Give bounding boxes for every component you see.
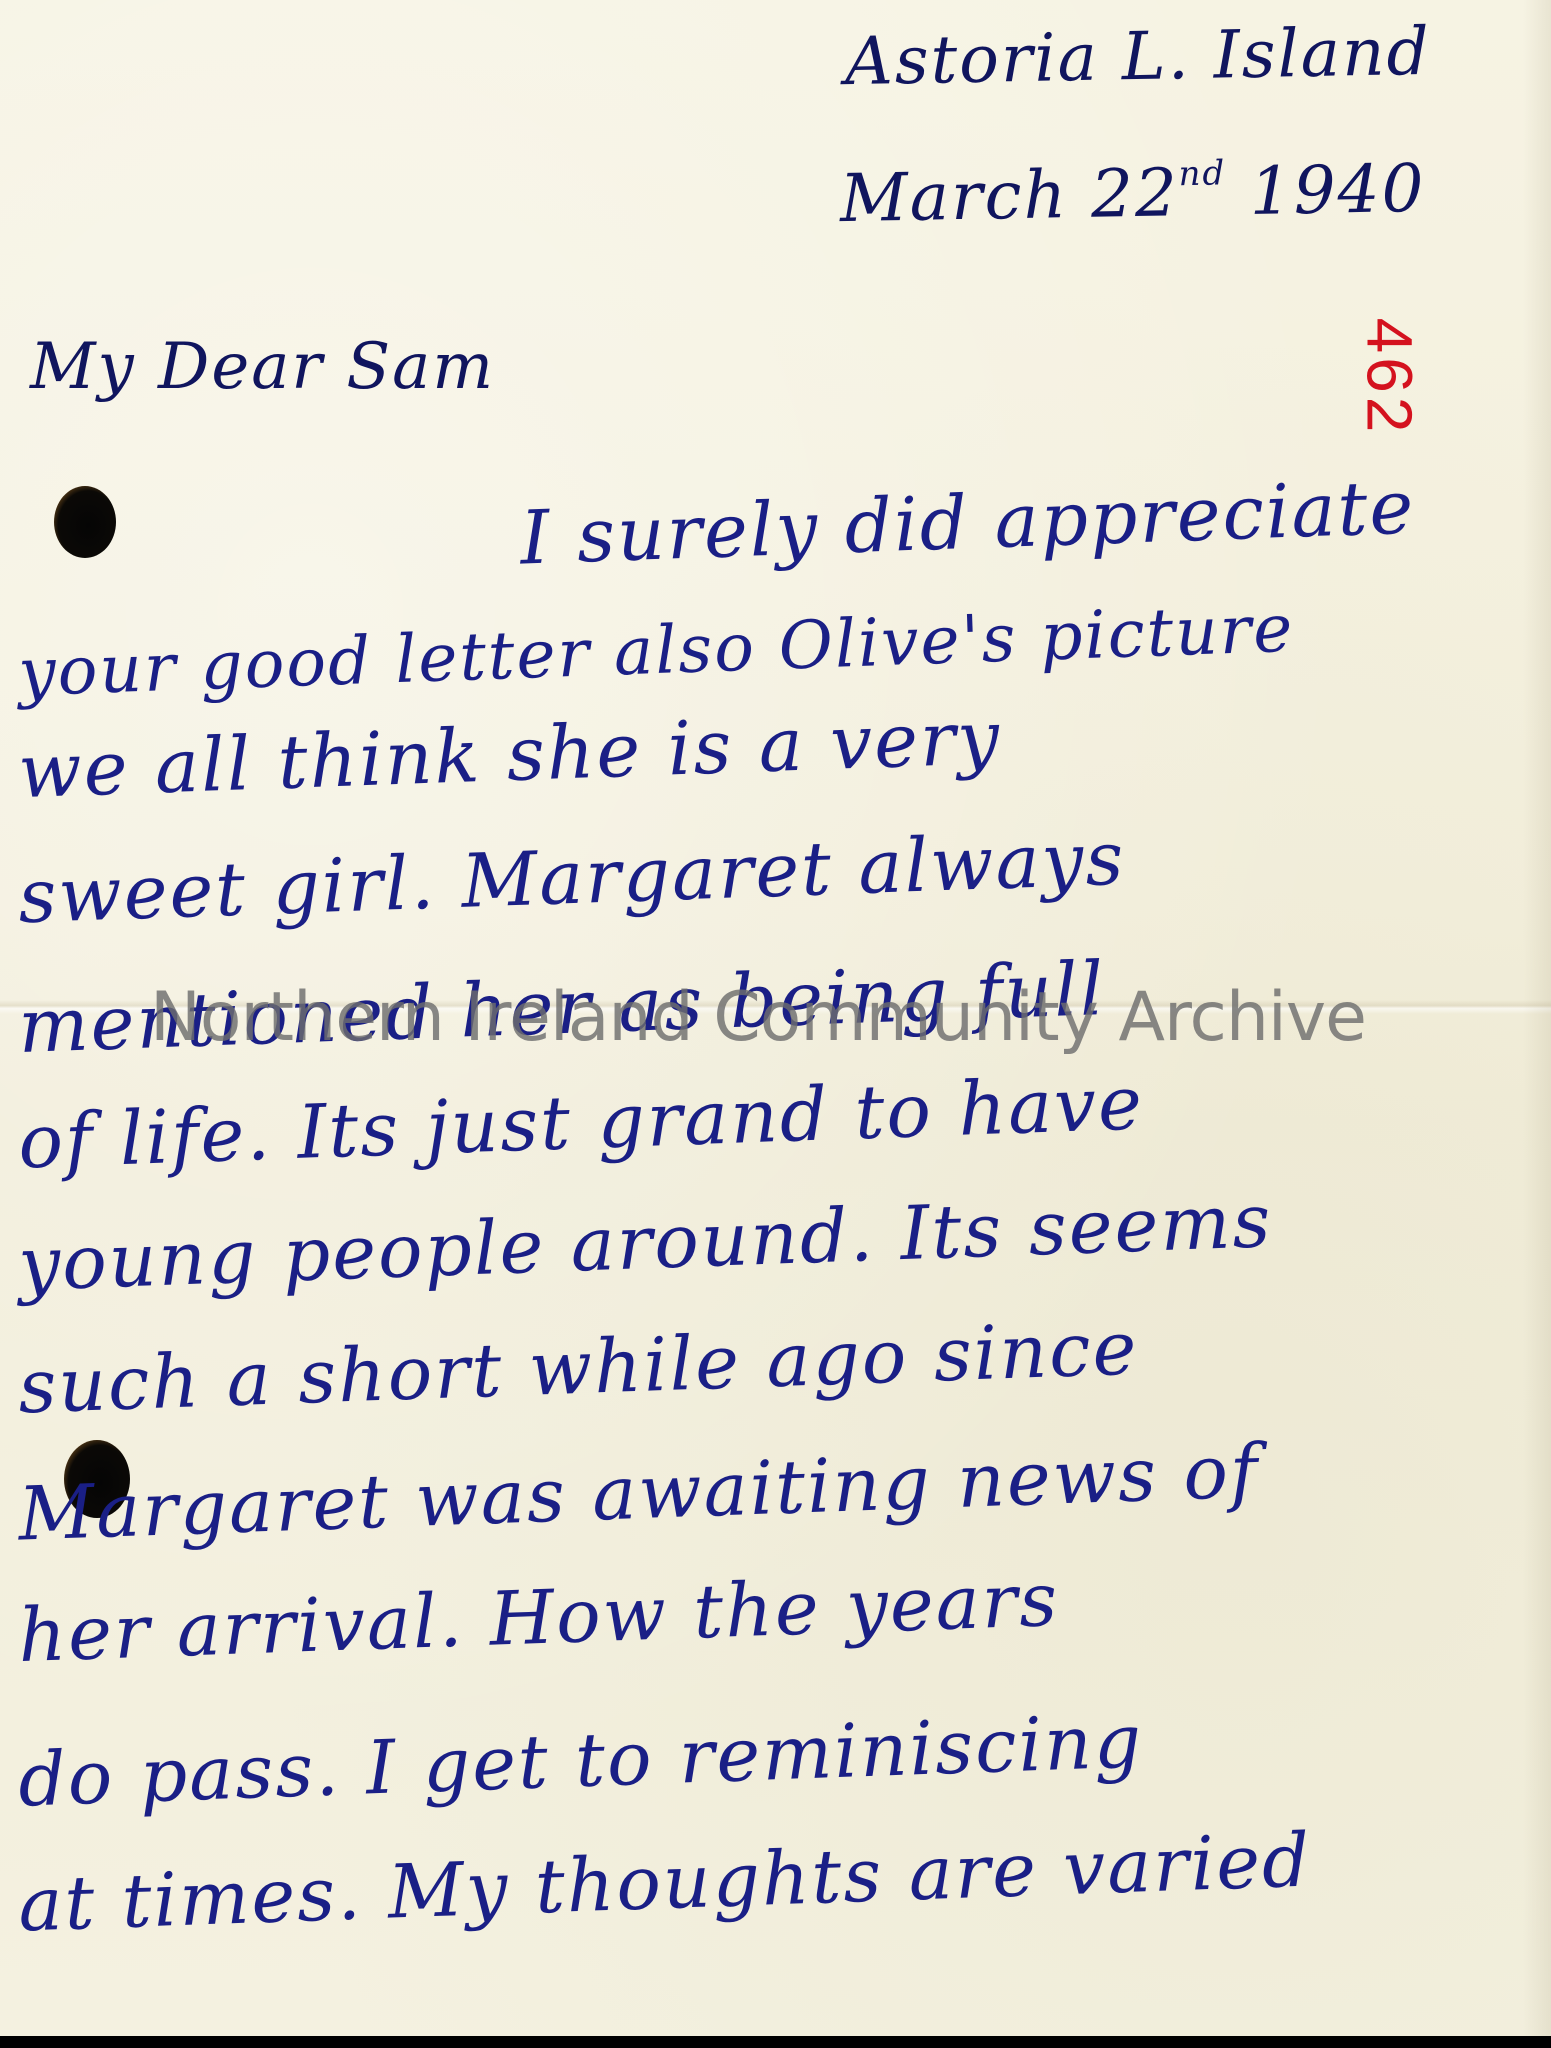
body-line-10: her arrival. How the years — [17, 1557, 1061, 1679]
date-month-day: March 22 — [839, 154, 1179, 237]
body-line-1: I surely did appreciate — [519, 464, 1417, 581]
body-line-8: such a short while ago since — [17, 1305, 1140, 1430]
scan-border — [0, 2036, 1551, 2048]
body-line-4: sweet girl. Margaret always — [17, 816, 1127, 941]
body-line-7: young people around. Its seems — [17, 1178, 1274, 1308]
body-line-12: at times. My thoughts are varied — [17, 1817, 1313, 1948]
letter-place: Astoria L. Island — [844, 13, 1431, 100]
body-line-2: your good letter also Olive's picture — [17, 590, 1295, 712]
letter-date: March 22nd 1940 — [839, 150, 1426, 237]
archive-watermark: Northern Ireland Community Archive — [150, 978, 1366, 1057]
body-line-9: Margaret was awaiting news of — [17, 1428, 1261, 1557]
salutation: My Dear Sam — [30, 330, 495, 404]
archive-reference-number: 462 — [1352, 318, 1426, 437]
date-ordinal: nd — [1178, 153, 1226, 194]
letter-page: Astoria L. Island March 22nd 1940 462 My… — [0, 0, 1551, 2036]
date-year: 1940 — [1249, 150, 1426, 230]
punch-hole-top — [54, 486, 116, 558]
body-line-3: we all think she is a very — [17, 695, 1003, 815]
body-line-6: of life. Its just grand to have — [17, 1060, 1145, 1185]
body-line-11: do pass. I get to reminiscing — [17, 1698, 1145, 1823]
